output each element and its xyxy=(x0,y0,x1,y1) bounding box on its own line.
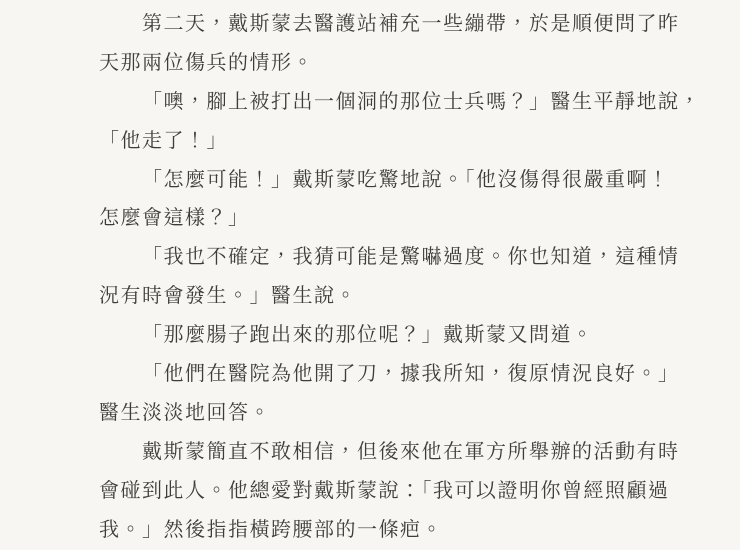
text-line: 我。」然後指指橫跨腰部的一條疤。 xyxy=(99,510,740,549)
text-line: 第二天，戴斯蒙去醫護站補充一些繃帶，於是順便問了昨 xyxy=(99,4,740,43)
text-line: 戴斯蒙簡直不敢相信，但後來他在軍方所舉辦的活動有時 xyxy=(99,432,740,471)
text-line: 「噢，腳上被打出一個洞的那位士兵嗎？」醫生平靜地說， xyxy=(99,82,740,121)
text-line: 醫生淡淡地回答。 xyxy=(99,393,740,432)
text-line: 怎麼會這樣？」 xyxy=(99,198,740,237)
text-line: 「他走了！」 xyxy=(99,121,740,160)
book-page-text: 第二天，戴斯蒙去醫護站補充一些繃帶，於是順便問了昨 天那兩位傷兵的情形。 「噢，… xyxy=(0,0,740,550)
text-line: 「我也不確定，我猜可能是驚嚇過度。你也知道，這種情 xyxy=(99,237,740,276)
text-line: 「那麼腸子跑出來的那位呢？」戴斯蒙又問道。 xyxy=(99,315,740,354)
reader-background: { "page": { "background_color": "#f7f6f3… xyxy=(0,0,740,550)
text-line: 會碰到此人。他總愛對戴斯蒙說：「我可以證明你曾經照顧過 xyxy=(99,471,740,510)
text-line: 天那兩位傷兵的情形。 xyxy=(99,43,740,82)
text-line: 「他們在醫院為他開了刀，據我所知，復原情況良好。」 xyxy=(99,354,740,393)
text-line: 況有時會發生。」醫生說。 xyxy=(99,276,740,315)
text-line: 「怎麼可能！」戴斯蒙吃驚地說。「他沒傷得很嚴重啊！ xyxy=(99,160,740,199)
